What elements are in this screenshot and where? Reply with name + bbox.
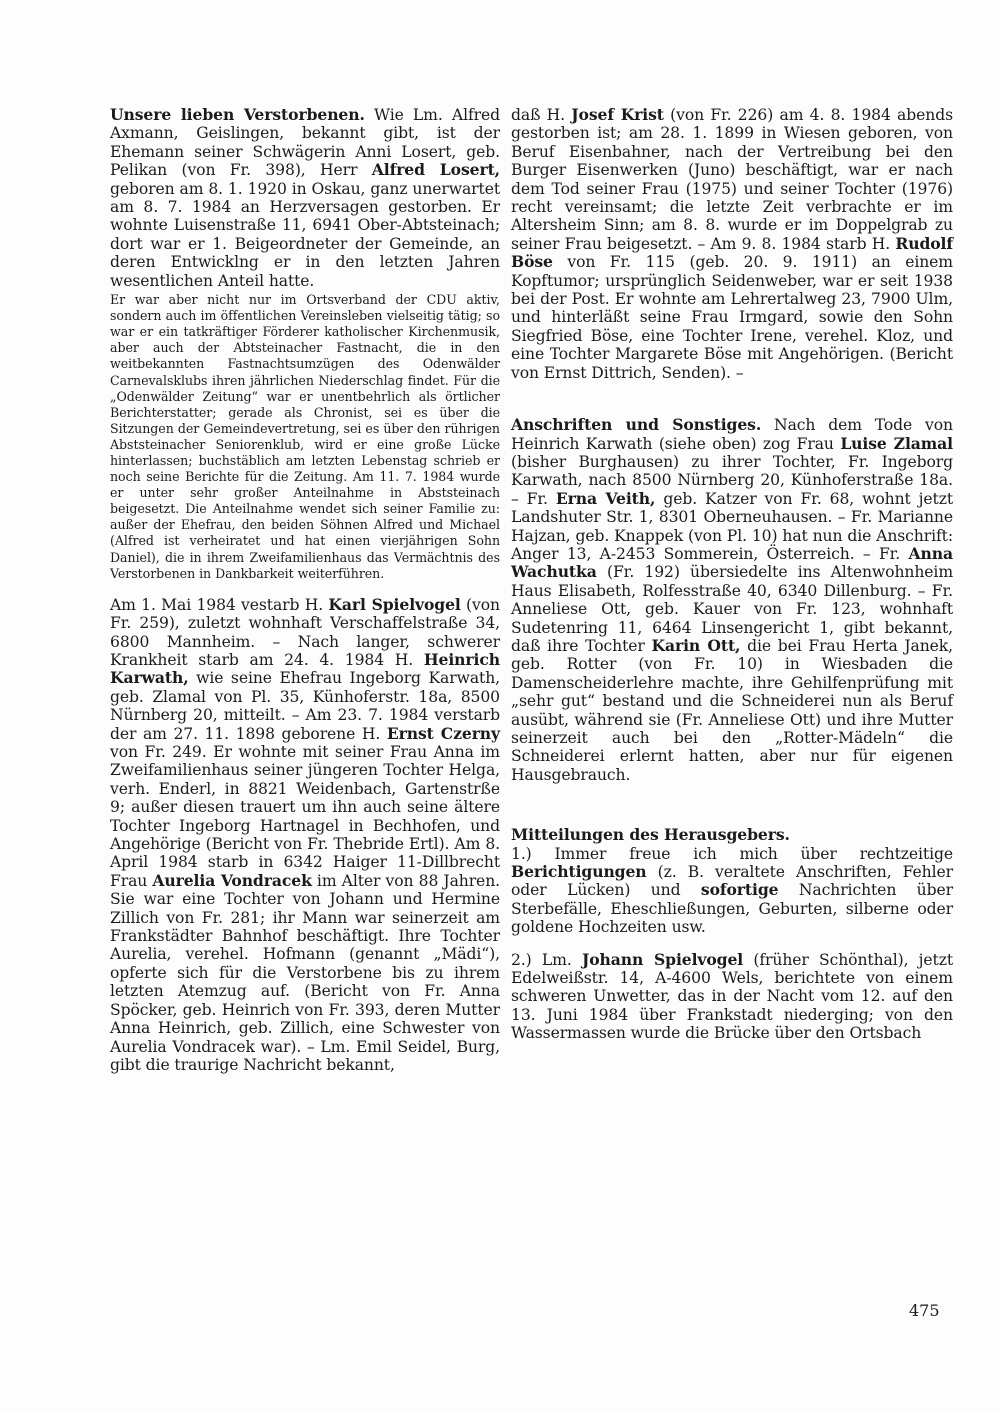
obituary-losert-detail: Er war aber nicht nur im Ortsverband der…: [110, 292, 500, 582]
obituary-continued-paragraph: daß H. Josef Krist (von Fr. 226) am 4. 8…: [511, 106, 953, 382]
spacer: [511, 784, 953, 826]
page-number: 475: [909, 1301, 940, 1320]
publisher-item-1: 1.) Immer freue ich mich über rechtzeiti…: [511, 845, 953, 937]
addresses-paragraph: Anschriften und Sonstiges. Nach dem Tode…: [511, 416, 953, 784]
left-column: Unsere lieben Verstorbenen. Wie Lm. Alfr…: [110, 106, 500, 1074]
name-karin-ott: Karin Ott,: [652, 636, 741, 655]
name-erna-veith: Erna Veith,: [556, 489, 655, 508]
right-column: daß H. Josef Krist (von Fr. 226) am 4. 8…: [511, 106, 953, 1043]
name-luise-zlamal: Luise Zlamal: [840, 434, 953, 453]
spacer: [511, 382, 953, 416]
name-karl-spielvogel: Karl Spielvogel: [328, 595, 460, 614]
section-heading-obituaries: Unsere lieben Verstorbenen.: [110, 105, 365, 124]
publisher-item-2: 2.) Lm. Johann Spielvogel (früher Schönt…: [511, 951, 953, 1043]
section-heading-publisher: Mitteilungen des Herausgebers.: [511, 826, 953, 844]
spacer: [511, 937, 953, 951]
name-alfred-losert: Alfred Losert,: [372, 160, 500, 179]
name-johann-spielvogel: Johann Spielvogel: [582, 950, 743, 969]
emphasis-berichtigungen: Berichtigungen: [511, 862, 647, 881]
spacer: [110, 582, 500, 596]
name-ernst-czerny: Ernst Czerny: [387, 724, 500, 743]
obituary-losert-paragraph: Unsere lieben Verstorbenen. Wie Lm. Alfr…: [110, 106, 500, 290]
name-josef-krist: Josef Krist: [571, 105, 664, 124]
obituaries-paragraph: Am 1. Mai 1984 vestarb H. Karl Spielvoge…: [110, 596, 500, 1075]
emphasis-sofortige: sofortige: [701, 880, 779, 899]
section-heading-addresses: Anschriften und Sonstiges.: [511, 415, 761, 434]
name-aurelia-vondracek: Aurelia Vondracek: [152, 871, 311, 890]
